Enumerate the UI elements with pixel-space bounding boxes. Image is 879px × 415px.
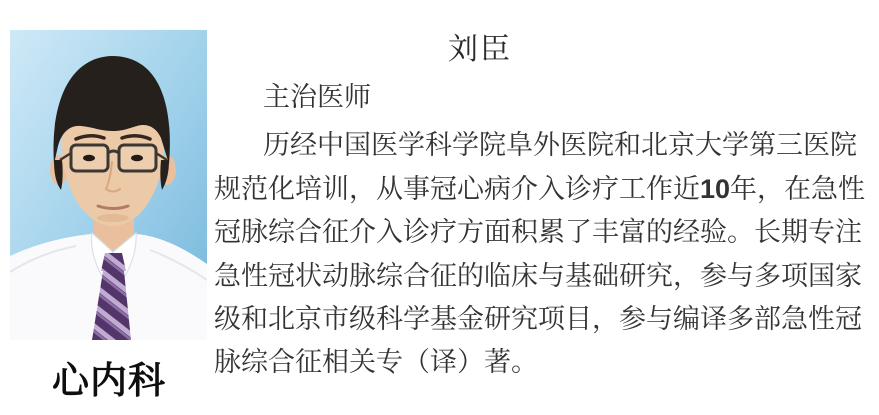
profile-info: 刘臣 主治医师 历经中国医学科学院阜外医院和北京大学第三医院 规范化培训，从事冠…	[214, 0, 814, 415]
bio-line-2-pre: 规范化培训，从事冠心病介入诊疗工作近	[214, 174, 700, 204]
doctor-photo	[10, 30, 207, 340]
doctor-portrait-illustration	[10, 30, 207, 340]
department-label: 心内科	[6, 350, 212, 404]
bio-line-2-years: 10	[700, 174, 730, 204]
doctor-profile-card: 心内科 刘臣 主治医师 历经中国医学科学院阜外医院和北京大学第三医院 规范化培训…	[0, 0, 879, 415]
bio-line-4: 急性冠状动脉综合征的临床与基础研究，参与多项国家	[214, 255, 814, 298]
doctor-title: 主治医师	[214, 76, 814, 119]
bio-line-1: 历经中国医学科学院阜外医院和北京大学第三医院	[214, 124, 814, 167]
bio-line-3: 冠脉综合征介入诊疗方面积累了丰富的经验。长期专注	[214, 211, 814, 254]
bio-line-2-post: 年，在急性	[730, 174, 865, 204]
bio-line-5: 级和北京市级科学基金研究项目，参与编译多部急性冠	[214, 298, 814, 341]
bio-line-6: 脉综合征相关专（译）著。	[214, 341, 814, 384]
bio-text: 主治医师 历经中国医学科学院阜外医院和北京大学第三医院 规范化培训，从事冠心病介…	[214, 76, 814, 385]
bio-line-2: 规范化培训，从事冠心病介入诊疗工作近10年，在急性	[214, 168, 814, 211]
doctor-name: 刘臣	[180, 33, 780, 67]
